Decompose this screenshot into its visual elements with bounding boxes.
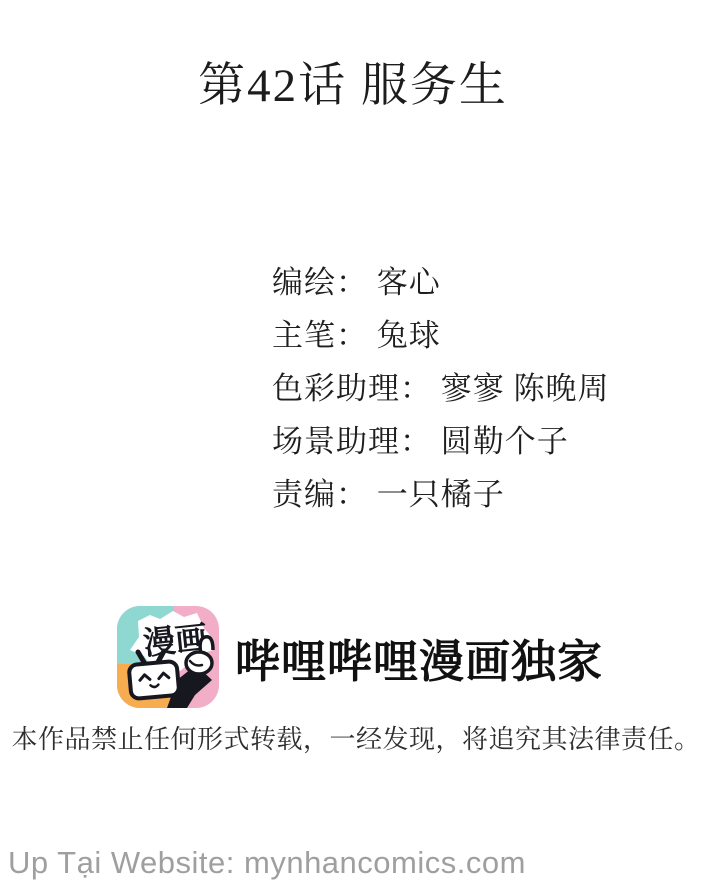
website-watermark: Up Tại Website: mynhancomics.com: [8, 845, 526, 881]
credit-line-editor: 责编： 一只橘子: [272, 468, 610, 521]
credit-line-color-assistant: 色彩助理： 寥寥 陈晚周: [272, 362, 610, 415]
credit-line-artist: 编绘： 客心: [272, 256, 610, 309]
publisher-banner: 漫画: [117, 606, 603, 708]
comic-credits-page: 第42话 服务生 编绘： 客心 主笔： 兔球 色彩助理： 寥寥 陈晚周 场景助理…: [0, 0, 720, 890]
copyright-disclaimer: 本作品禁止任何形式转载，一经发现，将追究其法律责任。: [0, 724, 712, 754]
bilibili-manga-logo-icon: 漫画: [117, 606, 219, 708]
chapter-title: 第42话 服务生: [0, 60, 706, 112]
credit-line-lead-writer: 主笔： 兔球: [272, 309, 610, 362]
credits-list: 编绘： 客心 主笔： 兔球 色彩助理： 寥寥 陈晚周 场景助理： 圆勒个子 责编…: [272, 256, 610, 521]
credit-line-scene-assistant: 场景助理： 圆勒个子: [272, 415, 610, 468]
publisher-exclusive-label: 哔哩哔哩漫画独家: [235, 625, 603, 690]
